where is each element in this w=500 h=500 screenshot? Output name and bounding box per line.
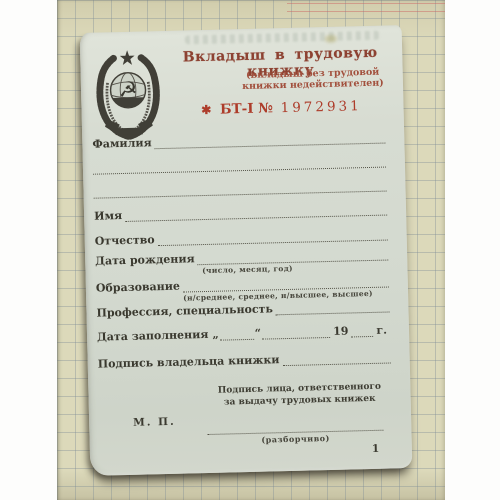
close-quote: “ (255, 327, 262, 340)
field-patronymic: Отчество (95, 227, 388, 248)
field-birth-date: Дата рождения (число, месяц, год) (95, 247, 388, 268)
surname-blank-line-1 (93, 154, 386, 175)
surname-blank-line-2 (93, 178, 386, 199)
soviet-emblem-icon: ☭ (87, 48, 169, 142)
year-suffix: г. (376, 324, 387, 337)
field-label: Дата рождения (95, 252, 195, 267)
dotted-line (93, 154, 386, 175)
field-fill-date: Дата заполнения „ “ 19 г. (97, 323, 390, 344)
field-education: Образование (н/среднее, среднее, н/высше… (96, 274, 389, 295)
emblem-star (120, 50, 135, 65)
dotted-line (276, 299, 390, 316)
emblem-ribbon-plaque (115, 128, 143, 136)
field-owner-signature: Подпись владельца книжки (98, 350, 391, 371)
field-label: Профессия, специальность (96, 302, 273, 319)
serial-numero-sign: № (258, 100, 273, 116)
field-profession: Профессия, специальность (96, 299, 389, 320)
year-prefix: 19 (333, 325, 349, 338)
dotted-line (220, 326, 254, 341)
dotted-line (351, 323, 373, 338)
dotted-line (157, 227, 387, 247)
legibly-signature-line: (разборчиво) (207, 418, 384, 446)
show-through-text-smudge (185, 31, 380, 45)
document-subtitle: (вкладыш без трудовой книжки недействите… (233, 66, 393, 92)
open-quote: „ (212, 328, 219, 341)
graph-red-margin-line (287, 3, 445, 4)
graph-red-margin-line (287, 11, 445, 12)
dotted-line (282, 350, 391, 367)
dotted-line (262, 324, 330, 340)
serial-number-row: ✱ БТ-I № 1972931 (181, 98, 381, 119)
seal-mark: М. П. (133, 416, 176, 429)
hammer-sickle-icon: ☭ (118, 76, 138, 101)
dotted-line-with-note: (число, месяц, год) (197, 247, 388, 266)
page-number: 1 (372, 443, 380, 455)
field-label: Образование (96, 280, 180, 295)
dotted-line (207, 418, 383, 435)
legibly-caption: (разборчиво) (261, 433, 330, 445)
field-label: Фамилия (92, 136, 152, 150)
photo-frame: ☭ Вкладыш в трудовую книжку (вкладыш без… (0, 0, 500, 500)
serial-number: 1972931 (280, 98, 361, 116)
field-hint: (число, месяц, год) (198, 262, 297, 277)
field-label: Имя (94, 209, 122, 223)
serial-series: БТ-I (220, 101, 254, 118)
paper-stain (325, 35, 337, 43)
labor-book-insert-document: ☭ Вкладыш в трудовую книжку (вкладыш без… (80, 25, 413, 476)
official-signature-caption: Подпись лица, ответственного за выдачу т… (213, 382, 386, 409)
dotted-line (93, 178, 386, 199)
dotted-line (125, 202, 387, 222)
field-label: Отчество (95, 233, 155, 247)
field-label: Дата заполнения (97, 328, 209, 344)
field-first-name: Имя (94, 202, 387, 223)
dotted-line (154, 130, 385, 150)
serial-star-icon: ✱ (201, 103, 211, 117)
field-label: Подпись владельца книжки (98, 353, 280, 370)
